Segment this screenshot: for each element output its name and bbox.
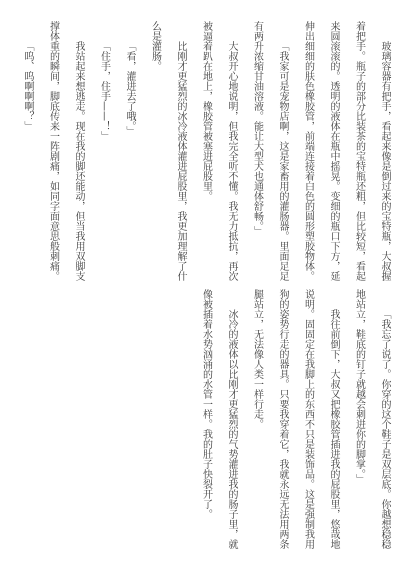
paragraph: 大叔开心地说明，但我完全听不懂。我无力抵抗，再次被逼着趴在地上，橡胶管被塞进屁股…: [193, 21, 244, 285]
paragraph: 「我忘了说了。你穿的这个鞋子是双层底。你越想稳稳地站立，鞋底的钉子就越会刺进你的…: [346, 289, 397, 553]
bottom-text-block: 「我忘了说了。你穿的这个鞋子是双层底。你越想稳稳地站立，鞋底的钉子就越会刺进你的…: [11, 289, 397, 553]
paragraph: 我往前倒下，大叔又把橡胶管插进我的屁股里，悠哉地说明。固固定在我脚上的东西不只是…: [244, 289, 346, 553]
paragraph: 我站起来想逃走。现在我的脚还能动，但当我用双脚支撑体重的瞬间，脚底传来一阵剧痛，…: [40, 21, 91, 285]
paragraph: 冰冷的液体以比刚才更猛烈的气势灌进我的肠子里，就像被插着水势汹涌的水管一样。我的…: [193, 289, 244, 553]
paragraph: 「呜、呜啊啊啊？」: [15, 21, 41, 285]
paragraph: 玻璃容器有把手，看起来像是倒过来的宝特瓶，大叔握着把手。瓶子的部分比装茶的宝特瓶…: [295, 21, 397, 285]
paragraph: 「住手，住手——！」: [91, 21, 117, 285]
paragraph: 「看，灌进去了哦。」: [117, 21, 143, 285]
top-text-block: 玻璃容器有把手，看起来像是倒过来的宝特瓶，大叔握着把手。瓶子的部分比装茶的宝特瓶…: [11, 21, 397, 285]
paragraph: 「我家可是宠物店啊，这是家畜用的灌肠器。里面足足有两升浓缩甘油溶液。能让大型犬也…: [244, 21, 295, 285]
paragraph: 比刚才更猛烈的冰冷液体灌进屁股里，我更加理解了什么是灌肠。: [142, 21, 193, 285]
document-page: 玻璃容器有把手，看起来像是倒过来的宝特瓶，大叔握着把手。瓶子的部分比装茶的宝特瓶…: [0, 0, 400, 566]
